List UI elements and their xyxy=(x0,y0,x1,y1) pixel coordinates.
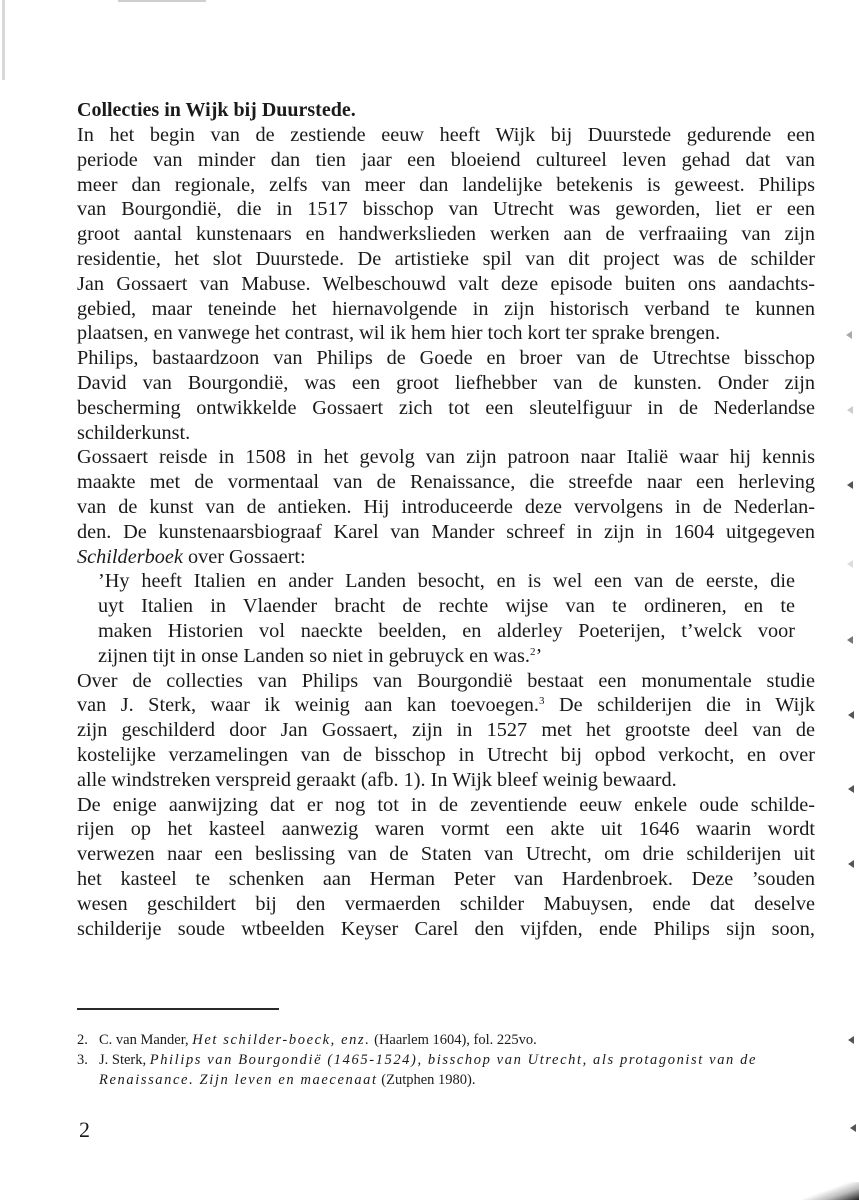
text-line: meer dan regionale, zelfs van meer dan l… xyxy=(77,173,815,198)
margin-mark-icon xyxy=(850,1124,856,1132)
footnote-number: 3. xyxy=(77,1050,99,1090)
quote-line: zijnen tijt in onse Landen so niet in ge… xyxy=(98,644,795,669)
paragraph-2: Philips, bastaardzoon van Philips de Goe… xyxy=(77,346,815,445)
body-text: Collecties in Wijk bij Duurstede. In het… xyxy=(77,98,815,941)
text-line: plaatsen, en vanwege het contrast, wil i… xyxy=(77,321,815,346)
text-line: wesen geschildert bij den vermaerden sch… xyxy=(77,892,815,917)
page-number: 2 xyxy=(79,1117,90,1143)
text-line: Over de collecties van Philips van Bourg… xyxy=(77,669,815,694)
paragraph-1: In het begin van de zestiende eeuw heeft… xyxy=(77,123,815,346)
margin-mark-icon xyxy=(847,406,853,414)
quote-line: maken Historien vol naeckte beelden, en … xyxy=(98,619,795,644)
text-line: Gossaert reisde in 1508 in het gevolg va… xyxy=(77,445,815,470)
text-line: periode van minder dan tien jaar een blo… xyxy=(77,148,815,173)
text-line: den. De kunstenaarsbiograaf Karel van Ma… xyxy=(77,520,815,545)
text-line: kostelijke verzamelingen van de bisschop… xyxy=(77,743,815,768)
text-line: van de kunst van de antieken. Hij introd… xyxy=(77,495,815,520)
text-line: van J. Sterk, waar ik weinig aan kan toe… xyxy=(77,693,815,718)
margin-mark-icon xyxy=(847,560,853,568)
margin-mark-icon xyxy=(847,636,853,644)
margin-mark-icon xyxy=(847,481,853,489)
text-line: David van Bourgondië, was een groot lief… xyxy=(77,371,815,396)
scan-edge xyxy=(118,0,206,2)
footnote-number: 2. xyxy=(77,1030,99,1050)
text-line: groot aantal kunstenaars en handwerkslie… xyxy=(77,222,815,247)
footnote-3: 3. J. Sterk, Philips van Bourgondië (146… xyxy=(77,1050,817,1090)
text-line: verwezen naar een beslissing van de Stat… xyxy=(77,842,815,867)
text-line: alle windstreken verspreid geraakt (afb.… xyxy=(77,768,815,793)
page-curl xyxy=(799,1182,859,1200)
text-line: van Bourgondië, die in 1517 bisschop van… xyxy=(77,197,815,222)
text-line: zijn geschilderd door Jan Gossaert, zijn… xyxy=(77,718,815,743)
footnote-divider xyxy=(77,1008,279,1010)
text-line: Jan Gossaert van Mabuse. Welbeschouwd va… xyxy=(77,272,815,297)
paragraph-3: Gossaert reisde in 1508 in het gevolg va… xyxy=(77,445,815,569)
text-line: De enige aanwijzing dat er nog tot in de… xyxy=(77,793,815,818)
footnote-title: Het schilder-boeck, enz. xyxy=(192,1032,370,1048)
quote-line: ’Hy heeft Italien en ander Landen besoch… xyxy=(98,569,795,594)
text-line: rijen op het kasteel aanwezig waren vorm… xyxy=(77,817,815,842)
margin-mark-icon xyxy=(848,785,854,793)
margin-mark-icon xyxy=(848,1036,854,1044)
margin-mark-icon xyxy=(848,860,854,868)
text-line: gebied, maar teneinde het hiernavolgende… xyxy=(77,297,815,322)
document-page: Collecties in Wijk bij Duurstede. In het… xyxy=(0,0,859,1200)
block-quote: ’Hy heeft Italien en ander Landen besoch… xyxy=(77,569,815,668)
footnote-2: 2. C. van Mander, Het schilder-boeck, en… xyxy=(77,1030,817,1050)
text-line: bescherming ontwikkelde Gossaert zich to… xyxy=(77,396,815,421)
text-line: schilderije soude wtbeelden Keyser Carel… xyxy=(77,917,815,942)
footnotes: 2. C. van Mander, Het schilder-boeck, en… xyxy=(77,1030,817,1090)
section-heading: Collecties in Wijk bij Duurstede. xyxy=(77,98,815,123)
text-line: Schilderboek over Gossaert: xyxy=(77,545,815,570)
text-line: Philips, bastaardzoon van Philips de Goe… xyxy=(77,346,815,371)
text-line: schilderkunst. xyxy=(77,421,815,446)
text-line: maakte met de vormentaal van de Renaissa… xyxy=(77,470,815,495)
paragraph-5: De enige aanwijzing dat er nog tot in de… xyxy=(77,793,815,942)
quote-line: uyt Italien in Vlaender bracht de rechte… xyxy=(98,594,795,619)
text-line: residentie, het slot Duurstede. De artis… xyxy=(77,247,815,272)
scan-edge xyxy=(2,0,5,80)
margin-mark-icon xyxy=(848,711,854,719)
text-line: het kasteel te schenken aan Herman Peter… xyxy=(77,867,815,892)
margin-mark-icon xyxy=(846,331,852,339)
paragraph-4: Over de collecties van Philips van Bourg… xyxy=(77,669,815,793)
text-line: In het begin van de zestiende eeuw heeft… xyxy=(77,123,815,148)
book-title: Schilderboek xyxy=(77,546,183,568)
